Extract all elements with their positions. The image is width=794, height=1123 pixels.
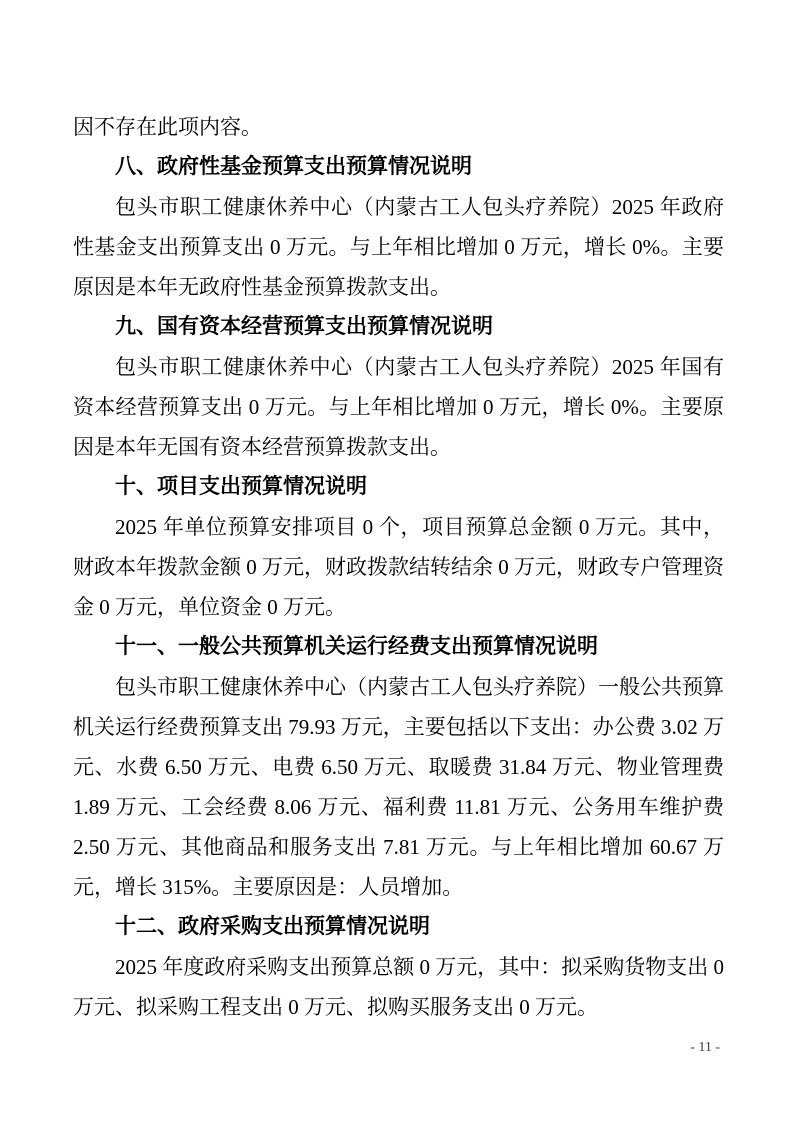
section-heading-operating-expenses: 十一、一般公共预算机关运行经费支出预算情况说明 — [73, 627, 724, 667]
section-heading-gov-fund-budget: 八、政府性基金预算支出预算情况说明 — [73, 147, 724, 187]
paragraph-no-content-reason: 因不存在此项内容。 — [73, 107, 724, 147]
document-body: 因不存在此项内容。 八、政府性基金预算支出预算情况说明 包头市职工健康休养中心（… — [73, 107, 724, 1027]
document-page: 因不存在此项内容。 八、政府性基金预算支出预算情况说明 包头市职工健康休养中心（… — [0, 0, 794, 1123]
section-heading-project-expenditure: 十、项目支出预算情况说明 — [73, 467, 724, 507]
page-number: - 11 - — [690, 1040, 720, 1056]
section-paragraph-operating-expenses: 包头市职工健康休养中心（内蒙古工人包头疗养院）一般公共预算机关运行经费预算支出 … — [73, 667, 724, 907]
section-paragraph-state-capital-budget: 包头市职工健康休养中心（内蒙古工人包头疗养院）2025 年国有资本经营预算支出 … — [73, 347, 724, 467]
section-paragraph-gov-fund-budget: 包头市职工健康休养中心（内蒙古工人包头疗养院）2025 年政府性基金支出预算支出… — [73, 187, 724, 307]
section-heading-state-capital-budget: 九、国有资本经营预算支出预算情况说明 — [73, 307, 724, 347]
section-paragraph-project-expenditure: 2025 年单位预算安排项目 0 个，项目预算总金额 0 万元。其中，财政本年拨… — [73, 507, 724, 627]
section-heading-gov-procurement: 十二、政府采购支出预算情况说明 — [73, 907, 724, 947]
section-paragraph-gov-procurement: 2025 年度政府采购支出预算总额 0 万元，其中：拟采购货物支出 0 万元、拟… — [73, 947, 724, 1027]
